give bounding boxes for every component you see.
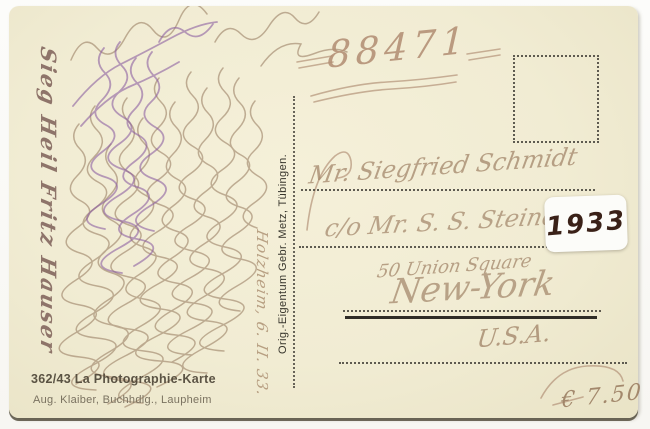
message-scribble-top xyxy=(215,12,319,42)
scan-background: Sieg Heil Fritz Hauser Holzheim, 6. II. … xyxy=(0,0,650,429)
year-sticker: 1933 xyxy=(544,195,628,253)
stamp-box xyxy=(513,55,599,143)
address-ruled-line-3 xyxy=(343,310,601,312)
message-dateline: Holzheim, 6. II. 33. xyxy=(253,228,271,398)
postcard-back: Sieg Heil Fritz Hauser Holzheim, 6. II. … xyxy=(9,6,638,418)
message-scribble-line xyxy=(243,101,266,228)
left-margin-signature: Sieg Heil Fritz Hauser xyxy=(36,45,61,357)
pencil-scribble-group xyxy=(59,6,347,407)
year-sticker-label: 1933 xyxy=(545,205,628,242)
message-scribble-line xyxy=(91,144,131,404)
address-strike-line xyxy=(345,316,597,319)
catalog-underline-stroke xyxy=(314,82,456,102)
address-divider-dotted-line xyxy=(293,96,295,388)
printer-imprint: Aug. Klaiber, Buchhdlg., Laupheim xyxy=(33,394,212,406)
address-ruled-line-4 xyxy=(339,362,627,364)
message-scribble-line xyxy=(155,102,195,362)
catalog-equals-right xyxy=(467,49,500,60)
series-imprint: 362/43 La Photographie-Karte xyxy=(31,372,216,386)
message-scribble-line xyxy=(136,78,183,387)
address-ruled-line-1 xyxy=(301,189,595,191)
message-scribble-line xyxy=(59,124,99,384)
violet-scribble-diagonal xyxy=(73,22,217,106)
publisher-imprint-vertical: Orig.-Eigentum Gebr. Metz, Tübingen. xyxy=(277,102,289,354)
